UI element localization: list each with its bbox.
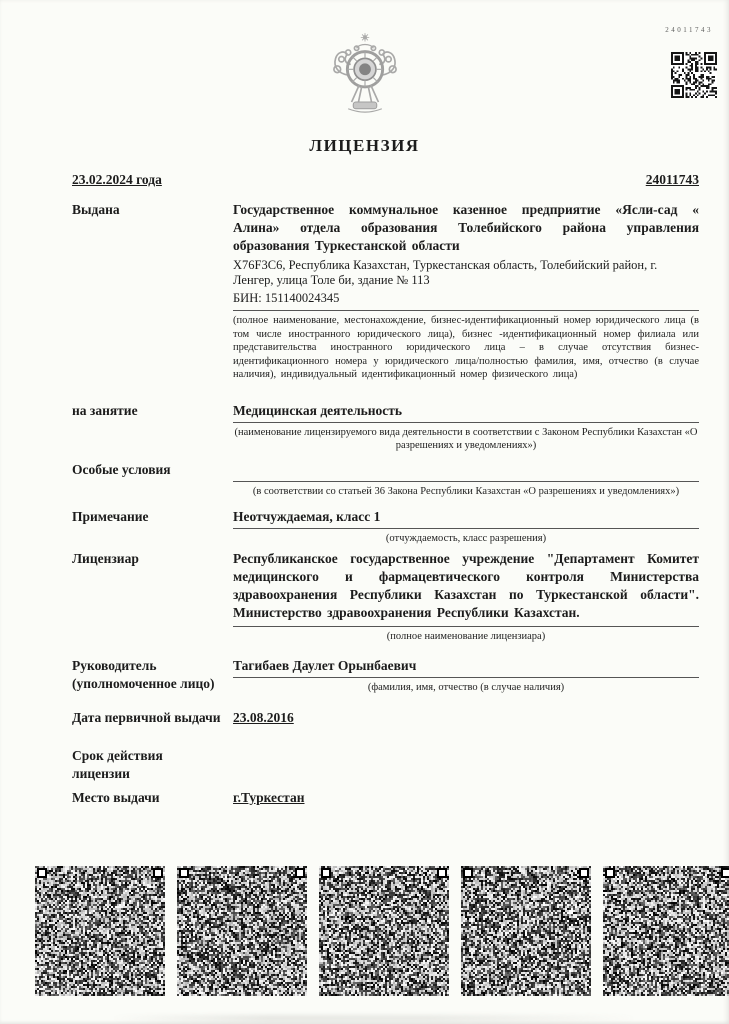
first-issue-date-value: 23.08.2016 <box>233 710 294 725</box>
field-label-validity: Срок действия лицензии <box>72 747 233 783</box>
head-note: (фамилия, имя, отчество (в случае наличи… <box>233 681 699 695</box>
remark-value: Неотчуждаемая, класс 1 <box>233 508 699 529</box>
field-issue-place: Место выдачи г.Туркестан <box>72 789 699 807</box>
head-name: Тагибаев Даулет Орынбаевич <box>233 657 699 678</box>
issue-date: 23.02.2024 года <box>72 172 162 188</box>
licensor-note: (полное наименование лицензиара) <box>233 630 699 644</box>
field-first-issue-date: Дата первичной выдачи 23.08.2016 <box>72 709 699 727</box>
field-head: Руководитель (уполномоченное лицо) Тагиб… <box>72 657 699 695</box>
scan-artifact <box>110 1015 639 1022</box>
document-title: ЛИЦЕНЗИЯ <box>0 136 729 156</box>
licensee-name: Государственное коммунальное казенное пр… <box>233 201 699 255</box>
field-remark: Примечание Неотчуждаемая, класс 1 (отчуж… <box>72 508 699 546</box>
qr-code-icon <box>671 52 717 98</box>
field-label-special: Особые условия <box>72 461 233 479</box>
issued-value-block: Государственное коммунальное казенное пр… <box>233 201 699 311</box>
barcode-row <box>35 866 729 998</box>
field-label-remark: Примечание <box>72 508 233 526</box>
meta-row: 23.02.2024 года 24011743 <box>72 172 699 188</box>
field-activity: на занятие Медицинская деятельность (наи… <box>72 402 699 453</box>
licensor-name: Республиканское государственное учрежден… <box>233 550 699 622</box>
field-issued-to: Выдана Государственное коммунальное казе… <box>72 201 699 382</box>
field-label-activity: на занятие <box>72 402 233 420</box>
license-number: 24011743 <box>646 172 699 188</box>
issue-place-value: г.Туркестан <box>233 790 305 805</box>
noise-block <box>461 866 591 996</box>
field-label-issued: Выдана <box>72 201 233 219</box>
document-body: 23.02.2024 года 24011743 Выдана Государс… <box>72 172 699 807</box>
special-note: (в соответствии со статьей 36 Закона Рес… <box>233 485 699 499</box>
field-label-head: Руководитель (уполномоченное лицо) <box>72 657 233 693</box>
field-licensor: Лицензиар Республиканское государственно… <box>72 550 699 644</box>
noise-block <box>35 866 165 996</box>
kazakhstan-emblem-icon <box>323 31 407 121</box>
field-special-conditions: Особые условия (в соответствии со статье… <box>72 461 699 499</box>
licensee-bin: БИН: 151140024345 <box>233 291 699 306</box>
license-document: 24011743 ЛИЦЕНЗИЯ <box>0 0 729 1024</box>
field-validity: Срок действия лицензии <box>72 747 699 783</box>
activity-value: Медицинская деятельность <box>233 402 699 423</box>
licensor-value-block: Республиканское государственное учрежден… <box>233 550 699 627</box>
licensee-address: Х76F3С6, Республика Казахстан, Туркестан… <box>233 258 699 288</box>
field-label-place: Место выдачи <box>72 789 233 807</box>
noise-block <box>177 866 307 996</box>
activity-note: (наименование лицензируемого вида деятел… <box>233 426 699 453</box>
remark-note: (отчуждаемость, класс разрешения) <box>233 532 699 546</box>
special-value <box>233 461 699 482</box>
issued-note: (полное наименование, местонахождение, б… <box>233 314 699 382</box>
field-label-first-issue: Дата первичной выдачи <box>72 709 233 727</box>
noise-block <box>319 866 449 996</box>
noise-block <box>603 866 729 996</box>
field-label-licensor: Лицензиар <box>72 550 233 568</box>
scan-corner-number: 24011743 <box>665 26 713 34</box>
